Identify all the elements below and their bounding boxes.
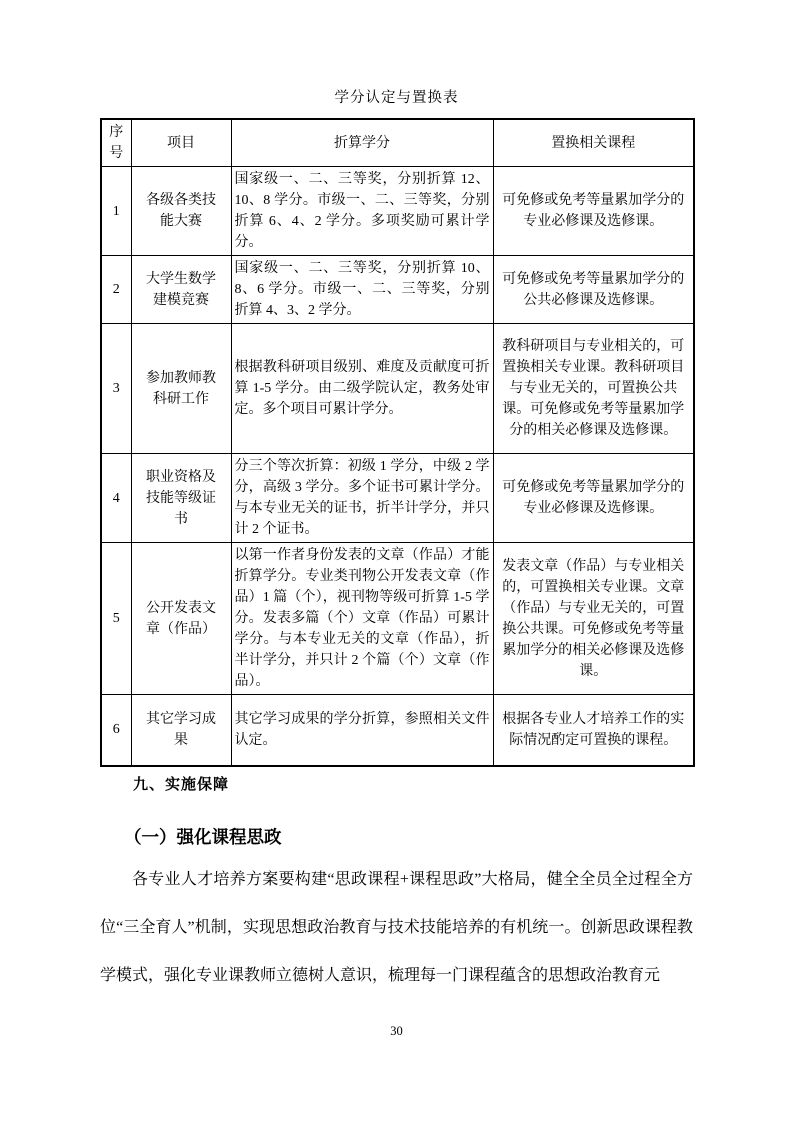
document-page: 学分认定与置换表 序号 项目 折算学分 置换相关课程 1 各级各类技能大赛 国家… xyxy=(0,0,793,1122)
cell-project: 大学生数学建模竞赛 xyxy=(131,256,231,324)
cell-replacement: 可免修或免考等量累加学分的专业必修课及选修课。 xyxy=(493,454,694,543)
header-cell-project: 项目 xyxy=(131,119,231,167)
cell-no: 6 xyxy=(101,695,131,766)
cell-no: 2 xyxy=(101,256,131,324)
cell-replacement: 发表文章（作品）与专业相关的，可置换相关专业课。文章（作品）与专业无关的，可置换… xyxy=(493,543,694,695)
cell-credits: 国家级一、二、三等奖，分别折算 12、10、8 学分。市级一、二、三等奖，分别折… xyxy=(231,167,493,256)
cell-credits: 以第一作者身份发表的文章（作品）才能折算学分。专业类刊物公开发表文章（作品）1 … xyxy=(231,543,493,695)
page-number: 30 xyxy=(0,1024,793,1039)
cell-credits: 分三个等次折算：初级 1 学分，中级 2 学分，高级 3 学分。多个证书可累计学… xyxy=(231,454,493,543)
body-paragraph: 各专业人才培养方案要构建“思政课程+课程思政”大格局，健全全员全过程全方位“三全… xyxy=(100,856,693,1000)
table-row: 5 公开发表文章（作品） 以第一作者身份发表的文章（作品）才能折算学分。专业类刊… xyxy=(101,543,694,695)
table-row: 1 各级各类技能大赛 国家级一、二、三等奖，分别折算 12、10、8 学分。市级… xyxy=(101,167,694,256)
table-row: 6 其它学习成果 其它学习成果的学分折算，参照相关文件认定。 根据各专业人才培养… xyxy=(101,695,694,766)
cell-no: 4 xyxy=(101,454,131,543)
cell-replacement: 可免修或免考等量累加学分的专业必修课及选修课。 xyxy=(493,167,694,256)
header-cell-no: 序号 xyxy=(101,119,131,167)
subsection-heading-one: （一）强化课程思政 xyxy=(124,824,282,849)
cell-project: 职业资格及技能等级证书 xyxy=(131,454,231,543)
section-heading-nine: 九、实施保障 xyxy=(133,773,229,794)
cell-project: 其它学习成果 xyxy=(131,695,231,766)
header-cell-credits: 折算学分 xyxy=(231,119,493,167)
table-row: 3 参加教师教科研工作 根据教科研项目级别、难度及贡献度可折算 1-5 学分。由… xyxy=(101,324,694,454)
table-row: 2 大学生数学建模竞赛 国家级一、二、三等奖，分别折算 10、8、6 学分。市级… xyxy=(101,256,694,324)
cell-credits: 其它学习成果的学分折算，参照相关文件认定。 xyxy=(231,695,493,766)
cell-replacement: 可免修或免考等量累加学分的公共必修课及选修课。 xyxy=(493,256,694,324)
table-row: 4 职业资格及技能等级证书 分三个等次折算：初级 1 学分，中级 2 学分，高级… xyxy=(101,454,694,543)
cell-project: 各级各类技能大赛 xyxy=(131,167,231,256)
cell-replacement: 教科研项目与专业相关的，可置换相关专业课。教科研项目与专业无关的，可置换公共课。… xyxy=(493,324,694,454)
table-title: 学分认定与置换表 xyxy=(0,86,793,107)
cell-no: 5 xyxy=(101,543,131,695)
credit-recognition-table: 序号 项目 折算学分 置换相关课程 1 各级各类技能大赛 国家级一、二、三等奖，… xyxy=(100,118,695,767)
cell-no: 3 xyxy=(101,324,131,454)
cell-project: 公开发表文章（作品） xyxy=(131,543,231,695)
cell-replacement: 根据各专业人才培养工作的实际情况酌定可置换的课程。 xyxy=(493,695,694,766)
cell-credits: 国家级一、二、三等奖，分别折算 10、8、6 学分。市级一、二、三等奖，分别折算… xyxy=(231,256,493,324)
table-header-row: 序号 项目 折算学分 置换相关课程 xyxy=(101,119,694,167)
cell-project: 参加教师教科研工作 xyxy=(131,324,231,454)
header-cell-replace: 置换相关课程 xyxy=(493,119,694,167)
cell-credits: 根据教科研项目级别、难度及贡献度可折算 1-5 学分。由二级学院认定，教务处审定… xyxy=(231,324,493,454)
cell-no: 1 xyxy=(101,167,131,256)
